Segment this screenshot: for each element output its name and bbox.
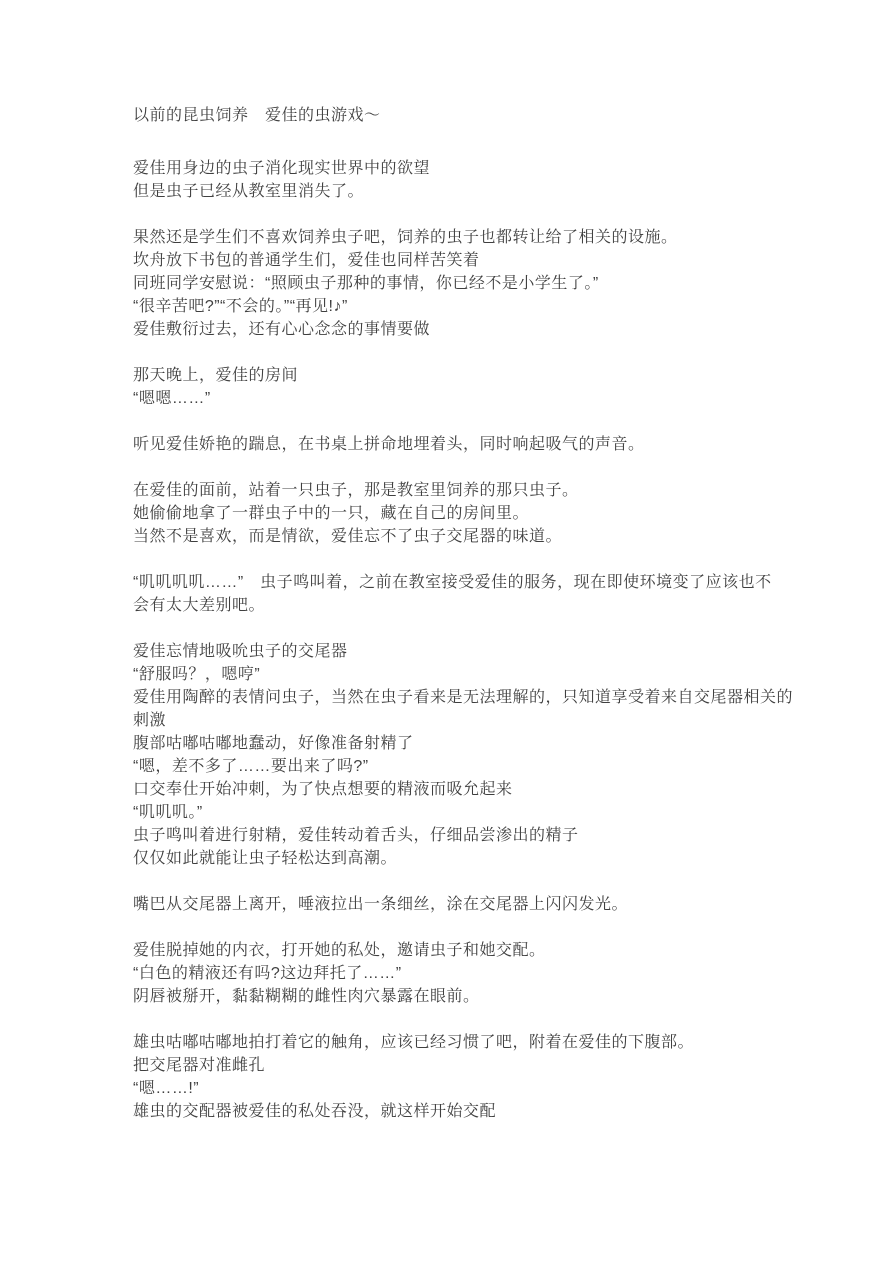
text-line: 雄虫咕嘟咕嘟地拍打着它的触角，应该已经习惯了吧，附着在爱佳的下腹部。 xyxy=(133,1031,783,1054)
paragraph: 那天晚上，爱佳的房间“嗯嗯……” xyxy=(133,364,783,410)
text-line: 爱佳脱掉她的内衣，打开她的私处，邀请虫子和她交配。 xyxy=(133,939,783,962)
text-line: 腹部咕嘟咕嘟地蠢动，好像准备射精了 xyxy=(133,732,783,755)
text-line: 爱佳用陶醉的表情问虫子，当然在虫子看来是无法理解的，只知道享受着来自交尾器相关的 xyxy=(133,686,783,709)
paragraph: 爱佳忘情地吸吮虫子的交尾器“舒服吗？，嗯哼”爱佳用陶醉的表情问虫子，当然在虫子看… xyxy=(133,640,783,870)
text-line: 嘴巴从交尾器上离开，唾液拉出一条细丝，涂在交尾器上闪闪发光。 xyxy=(133,893,783,916)
text-line: “嗯嗯……” xyxy=(133,387,783,410)
text-line: 仅仅如此就能让虫子轻松达到高潮。 xyxy=(133,847,783,870)
text-line: “叽叽叽叽……” 虫子鸣叫着，之前在教室接受爱佳的服务，现在即使环境变了应该也不 xyxy=(133,571,783,594)
text-line: 那天晚上，爱佳的房间 xyxy=(133,364,783,387)
text-line: 同班同学安慰说：“照顾虫子那种的事情，你已经不是小学生了。” xyxy=(133,272,783,295)
text-line: 她偷偷地拿了一群虫子中的一只，藏在自己的房间里。 xyxy=(133,502,783,525)
text-line: 虫子鸣叫着进行射精，爱佳转动着舌头，仔细品尝渗出的精子 xyxy=(133,824,783,847)
paragraph: 在爱佳的面前，站着一只虫子，那是教室里饲养的那只虫子。她偷偷地拿了一群虫子中的一… xyxy=(133,479,783,548)
text-line: “嗯，差不多了……要出来了吗?” xyxy=(133,755,783,778)
text-line: 刺激 xyxy=(133,709,783,732)
text-line: 爱佳忘情地吸吮虫子的交尾器 xyxy=(133,640,783,663)
text-line: 听见爱佳娇艳的踹息，在书桌上拼命地埋着头，同时响起吸气的声音。 xyxy=(133,433,783,456)
text-line: 在爱佳的面前，站着一只虫子，那是教室里饲养的那只虫子。 xyxy=(133,479,783,502)
paragraph: “叽叽叽叽……” 虫子鸣叫着，之前在教室接受爱佳的服务，现在即使环境变了应该也不… xyxy=(133,571,783,617)
text-line: 会有太大差别吧。 xyxy=(133,594,783,617)
text-line: “舒服吗？，嗯哼” xyxy=(133,663,783,686)
text-line: 雄虫的交配器被爱佳的私处吞没，就这样开始交配 xyxy=(133,1100,783,1123)
document-text-block: 以前的昆虫饲养 爱佳的虫游戏～ 爱佳用身边的虫子消化现实世界中的欲望但是虫子已经… xyxy=(133,104,783,1146)
text-line: 果然还是学生们不喜欢饲养虫子吧，饲养的虫子也都转让给了相关的设施。 xyxy=(133,226,783,249)
text-line: “叽叽叽。” xyxy=(133,801,783,824)
text-line: 把交尾器对准雌孔 xyxy=(133,1054,783,1077)
text-line: 当然不是喜欢，而是情欲，爱佳忘不了虫子交尾器的味道。 xyxy=(133,525,783,548)
text-line: 阴唇被掰开，黏黏糊糊的雌性肉穴暴露在眼前。 xyxy=(133,985,783,1008)
paragraph: 果然还是学生们不喜欢饲养虫子吧，饲养的虫子也都转让给了相关的设施。坎舟放下书包的… xyxy=(133,226,783,341)
text-line: “白色的精液还有吗?这边拜托了……” xyxy=(133,962,783,985)
text-line: “嗯……!” xyxy=(133,1077,783,1100)
paragraph: 听见爱佳娇艳的踹息，在书桌上拼命地埋着头，同时响起吸气的声音。 xyxy=(133,433,783,456)
text-line: 爱佳用身边的虫子消化现实世界中的欲望 xyxy=(133,157,783,180)
paragraph: 爱佳脱掉她的内衣，打开她的私处，邀请虫子和她交配。“白色的精液还有吗?这边拜托了… xyxy=(133,939,783,1008)
document-title: 以前的昆虫饲养 爱佳的虫游戏～ xyxy=(133,104,783,127)
text-line: 口交奉仕开始冲刺，为了快点想要的精液而吸允起来 xyxy=(133,778,783,801)
text-line: 坎舟放下书包的普通学生们，爱佳也同样苦笑着 xyxy=(133,249,783,272)
paragraph-container: 爱佳用身边的虫子消化现实世界中的欲望但是虫子已经从教室里消失了。果然还是学生们不… xyxy=(133,157,783,1123)
text-line: “很辛苦吧?”“不会的。”“再见!♪” xyxy=(133,295,783,318)
document-page: 以前的昆虫饲养 爱佳的虫游戏～ 爱佳用身边的虫子消化现实世界中的欲望但是虫子已经… xyxy=(0,0,892,1262)
paragraph: 嘴巴从交尾器上离开，唾液拉出一条细丝，涂在交尾器上闪闪发光。 xyxy=(133,893,783,916)
paragraph: 爱佳用身边的虫子消化现实世界中的欲望但是虫子已经从教室里消失了。 xyxy=(133,157,783,203)
text-line: 但是虫子已经从教室里消失了。 xyxy=(133,180,783,203)
paragraph: 雄虫咕嘟咕嘟地拍打着它的触角，应该已经习惯了吧，附着在爱佳的下腹部。把交尾器对准… xyxy=(133,1031,783,1123)
text-line: 爱佳敷衍过去，还有心心念念的事情要做 xyxy=(133,318,783,341)
